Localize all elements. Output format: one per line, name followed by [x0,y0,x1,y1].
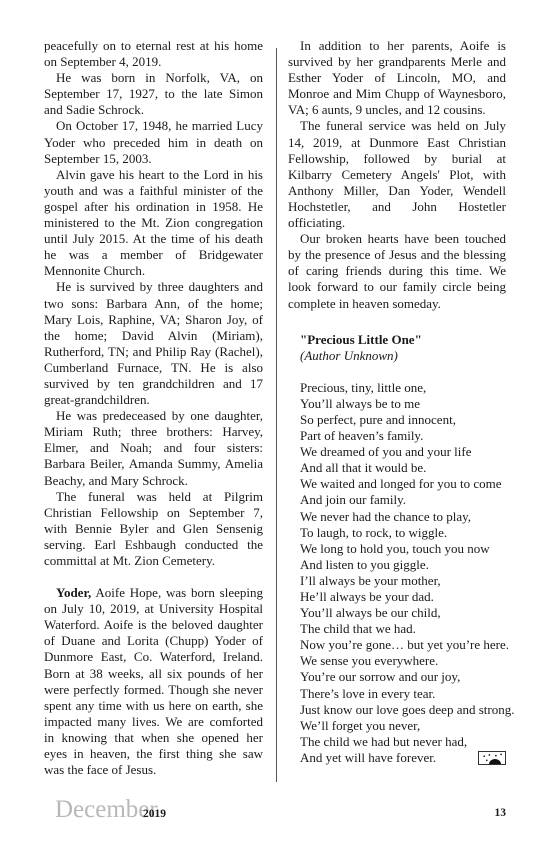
poem-line: We never had the chance to play, [300,509,506,525]
obituary-name: Yoder, [56,585,91,600]
poem-line: There’s love in every tear. [300,686,506,702]
poem-line: Part of heaven’s family. [300,428,506,444]
obituary-entry: Yoder, Aoife Hope, was born sleeping on … [44,585,263,778]
poem-line: You’ll always be our child, [300,605,506,621]
paragraph: peacefully on to eternal rest at his hom… [44,38,263,70]
sunrise-end-mark-icon [478,751,506,765]
poem-line: We dreamed of you and your life [300,444,506,460]
poem-line: And join our family. [300,492,506,508]
poem-line: And listen to you giggle. [300,557,506,573]
poem-line: So perfect, pure and innocent, [300,412,506,428]
footer-year: 2019 [143,807,166,821]
poem-line: We sense you everywhere. [300,653,506,669]
paragraph: The funeral service was held on July 14,… [288,118,506,231]
poem-line: We long to hold you, touch you now [300,541,506,557]
spacer [44,569,263,585]
poem-line: You’ll always be to me [300,396,506,412]
poem-line: And all that it would be. [300,460,506,476]
poem-line: We’ll forget you never, [300,718,506,734]
poem-body: Precious, tiny, little one, You’ll alway… [288,380,506,766]
poem-line: Just know our love goes deep and strong. [300,702,506,718]
poem-author: (Author Unknown) [288,348,506,364]
poem-line: Precious, tiny, little one, [300,380,506,396]
paragraph: Alvin gave his heart to the Lord in his … [44,167,263,280]
poem-line: He’ll always be your dad. [300,589,506,605]
poem-line: To laugh, to rock, to wiggle. [300,525,506,541]
paragraph: Our broken hearts have been touched by t… [288,231,506,311]
paragraph: The funeral was held at Pilgrim Christia… [44,489,263,569]
paragraph: On October 17, 1948, he married Lucy Yod… [44,118,263,166]
page-number: 13 [470,806,506,820]
poem-line: The child that we had. [300,621,506,637]
paragraph: In addition to her parents, Aoife is sur… [288,38,506,118]
right-column: In addition to her parents, Aoife is sur… [288,38,506,766]
paragraph: He is survived by three daughters and tw… [44,279,263,408]
spacer [288,364,506,380]
column-divider [276,48,277,782]
poem-line: Now you’re gone… but yet you’re here. [300,637,506,653]
poem-line: You’re our sorrow and our joy, [300,669,506,685]
poem-line: And yet will have forever. [300,750,436,766]
poem-line: The child we had but never had, [300,734,506,750]
paragraph: He was born in Norfolk, VA, on September… [44,70,263,118]
spacer [288,312,506,328]
poem-line: I’ll always be your mother, [300,573,506,589]
poem-title: "Precious Little One" [288,332,506,348]
poem-line: We waited and longed for you to come [300,476,506,492]
paragraph: He was predeceased by one daughter, Miri… [44,408,263,488]
obituary-text: Aoife Hope, was born sleeping on July 10… [44,585,263,777]
left-column: peacefully on to eternal rest at his hom… [44,38,263,778]
poem-last-row: And yet will have forever. [300,750,506,766]
